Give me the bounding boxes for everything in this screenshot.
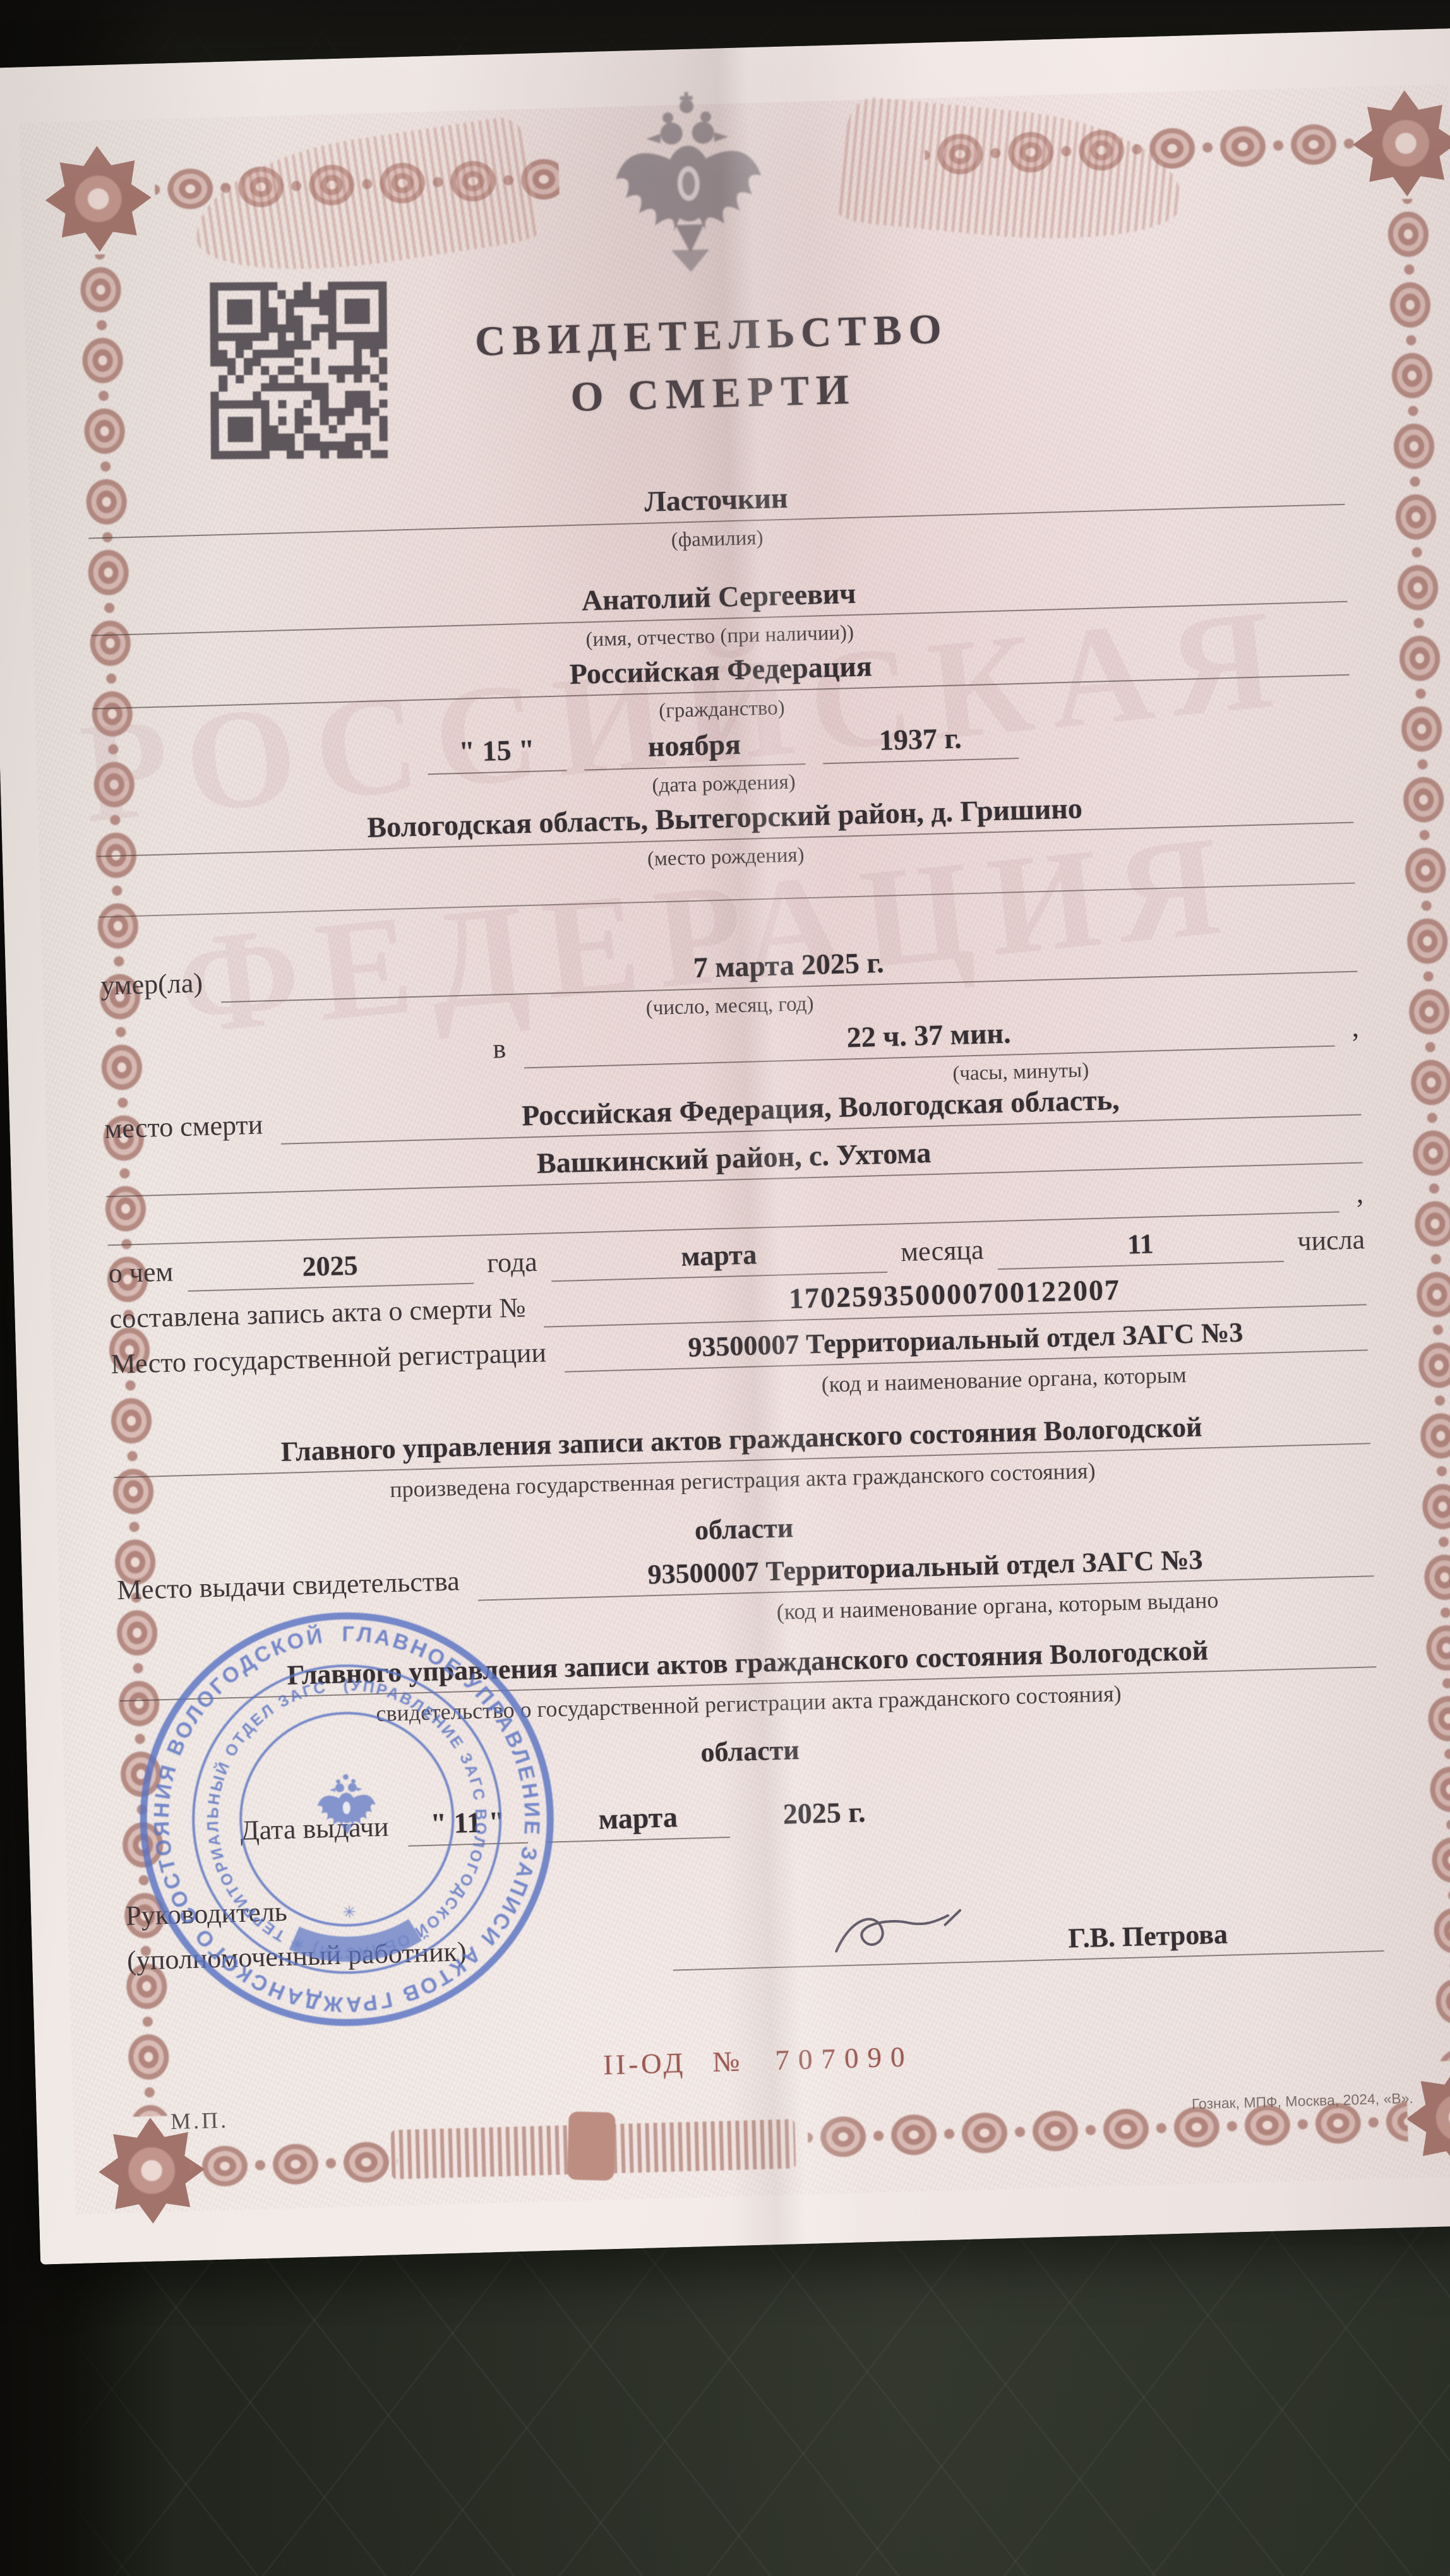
birth-day-value: " 15 " (427, 732, 567, 775)
signatory-name: Г.В. Петрова (1068, 1917, 1228, 1954)
border-ornament-bottom-left (189, 2130, 399, 2198)
death-label: умер(ла) (100, 967, 203, 1006)
record-year: 2025 (186, 1246, 474, 1292)
issue-place-label: Место выдачи свидетельства (117, 1565, 460, 1611)
stamp-star-separator: ✳ (342, 1903, 357, 1922)
record-year-word: года (486, 1246, 537, 1284)
registry-office-round-stamp: ГЛАВНОЕ УПРАВЛЕНИЕ ЗАПИСИ АКТОВ ГРАЖДАНС… (129, 1601, 565, 2037)
coat-of-arms-eagle-icon (607, 83, 771, 315)
seal-place-note: М.П. (171, 2107, 229, 2135)
issue-date-year: 2025 г. (748, 1794, 901, 1837)
death-time-label: в (493, 1032, 506, 1070)
photo-background-fabric: РОССИЙСКАЯ ФЕДЕРАЦИЯ СВИДЕТЕЛЬСТВО О СМЕ… (0, 0, 1450, 2576)
death-certificate-paper: РОССИЙСКАЯ ФЕДЕРАЦИЯ СВИДЕТЕЛЬСТВО О СМЕ… (0, 28, 1450, 2265)
bottom-ribbon-knot (567, 2111, 616, 2181)
record-day-word: числа (1297, 1223, 1365, 1261)
series-code: II-ОД (603, 2047, 686, 2081)
stamp-eagle-icon (316, 1774, 376, 1835)
series-number: 707090 (775, 2041, 914, 2076)
record-prefix: о чем (108, 1255, 174, 1294)
punctuation-comma: , (1351, 1010, 1360, 1046)
death-place-label: место смерти (104, 1109, 263, 1150)
birth-month-value: ноября (584, 725, 806, 770)
birth-year-value: 1937 г. (822, 720, 1019, 764)
punctuation-comma: , (1356, 1176, 1364, 1212)
record-month-word: месяца (901, 1234, 985, 1273)
record-day: 11 (997, 1224, 1285, 1270)
series-number-sign: № (712, 2045, 749, 2078)
handwritten-signature (825, 1896, 976, 1967)
issue-date-month: марта (546, 1799, 731, 1843)
